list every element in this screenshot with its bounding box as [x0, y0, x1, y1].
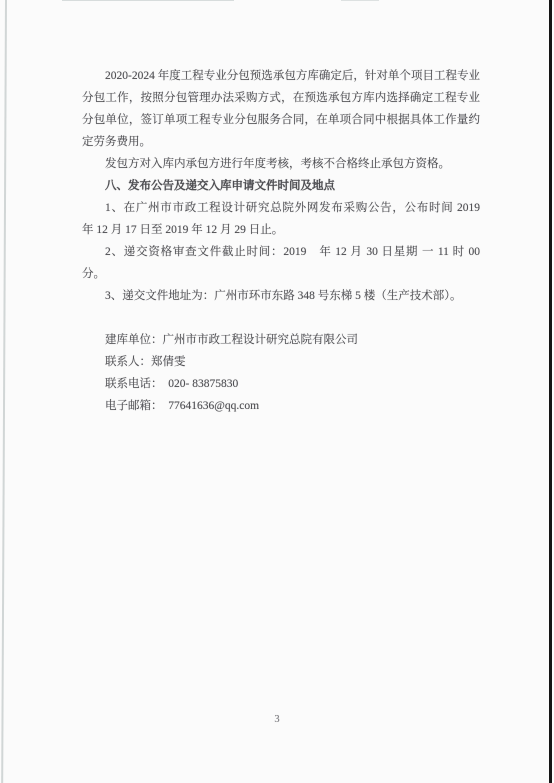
scan-right-edge-artifact: [549, 0, 552, 783]
scan-top-edge-artifact-2: [341, 0, 379, 1]
contact-person-line: 联系人：郑倩雯: [82, 351, 480, 373]
document-body: 2020-2024 年度工程专业分包预选承包方库确定后，针对单个项目工程专业分包…: [82, 65, 480, 417]
contact-email-line: 电子邮箱： 77641636@qq.com: [82, 395, 480, 417]
page-number: 3: [0, 714, 554, 725]
heading-section-8: 八、发布公告及递交入库申请文件时间及地点: [82, 175, 480, 197]
list-item-3-address: 3、递交文件地址为：广州市环市东路 348 号东梯 5 楼（生产技术部）。: [82, 285, 480, 307]
contact-phone-line: 联系电话： 020- 83875830: [82, 373, 480, 395]
list-item-2-deadline: 2、递交资格审查文件截止时间：2019 年 12 月 30 日星期 一 11 时…: [82, 241, 480, 285]
contact-org-line: 建库单位：广州市市政工程设计研究总院有限公司: [82, 329, 480, 351]
list-item-1-announcement: 1、在广州市市政工程设计研究总院外网发布采购公告，公布时间 2019 年 12 …: [82, 197, 480, 241]
scanned-document-page: 2020-2024 年度工程专业分包预选承包方库确定后，针对单个项目工程专业分包…: [0, 0, 554, 783]
scan-top-edge-artifact: [62, 0, 234, 1]
paragraph-subcontract-library-process: 2020-2024 年度工程专业分包预选承包方库确定后，针对单个项目工程专业分包…: [82, 65, 480, 153]
paragraph-annual-assessment: 发包方对入库内承包方进行年度考核，考核不合格终止承包方资格。: [82, 153, 480, 175]
scan-left-edge-artifact: [1, 0, 6, 783]
